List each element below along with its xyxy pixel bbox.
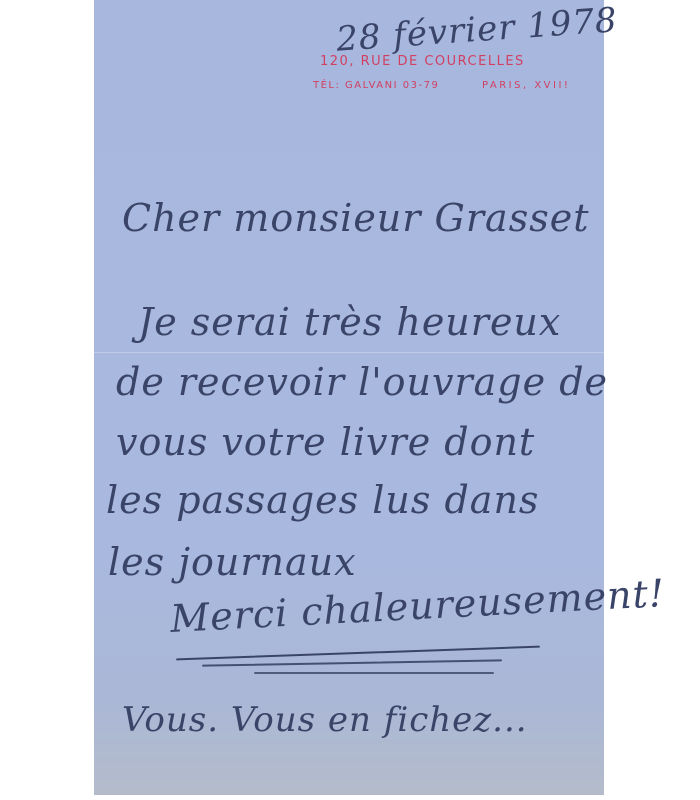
letter-closing: Vous. Vous en fichez...: [122, 700, 528, 740]
letter-date: 28 février 1978: [335, 0, 619, 60]
underline-stroke: [202, 659, 502, 666]
body-line: de recevoir l'ouvrage de: [116, 360, 608, 404]
letterhead-telephone: TÉL: GALVANI 03-79: [313, 80, 439, 91]
body-line: vous votre livre dont: [116, 420, 535, 464]
letterhead-city: PARIS, XVII!: [482, 80, 570, 91]
body-line: Je serai très heureux: [138, 300, 561, 344]
letterhead-street: 120, RUE DE COURCELLES: [320, 54, 525, 69]
underline-stroke: [176, 646, 540, 661]
body-line: les passages lus dans: [106, 478, 539, 522]
body-line: les journaux: [108, 540, 357, 584]
underline-stroke: [254, 672, 494, 674]
letter-salutation: Cher monsieur Grasset: [122, 196, 589, 240]
letter-paper: 28 février 1978 120, RUE DE COURCELLES T…: [94, 0, 604, 795]
